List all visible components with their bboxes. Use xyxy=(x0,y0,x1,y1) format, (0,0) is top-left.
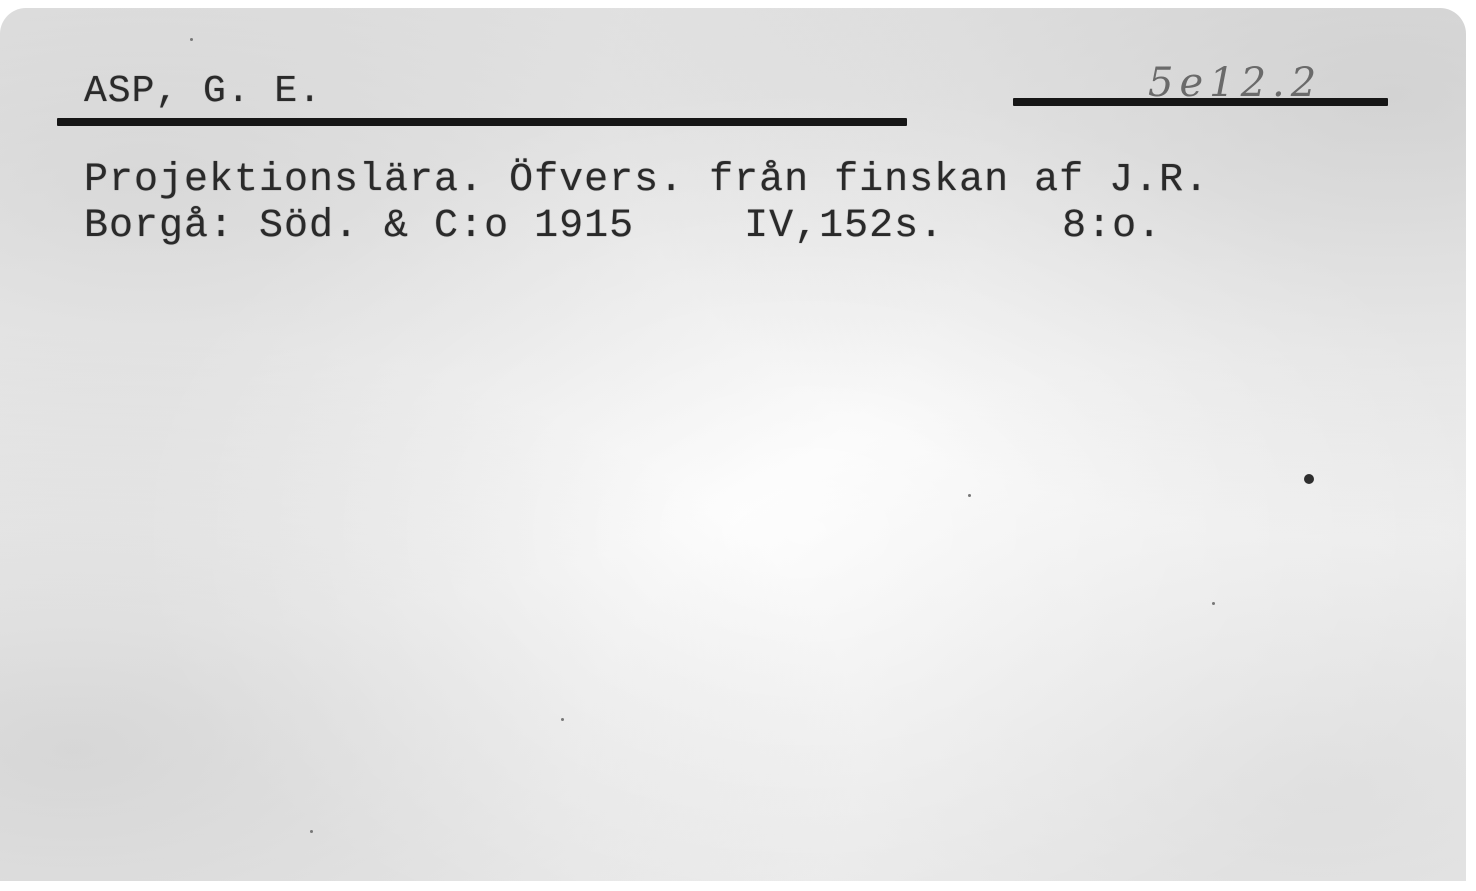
ink-speck xyxy=(561,718,564,721)
ink-speck xyxy=(1212,602,1215,605)
ink-speck xyxy=(310,830,313,833)
shelfmark-underline xyxy=(1013,98,1388,106)
ink-speck xyxy=(968,494,971,497)
ink-speck xyxy=(1304,474,1314,484)
imprint-line: Borgå: Söd. & C:o 1915IV,152s.8:o. xyxy=(84,204,1162,250)
imprint: Borgå: Söd. & C:o 1915 xyxy=(84,204,634,249)
title-translation-line: Projektionslära. Öfvers. från finskan af… xyxy=(84,158,1209,204)
ink-speck xyxy=(190,38,193,41)
pagination: IV,152s. xyxy=(744,204,944,249)
catalog-card: ASP, G. E. 5e12.2 Projektionslära. Öfver… xyxy=(0,8,1466,881)
author-underline xyxy=(57,118,907,126)
format: 8:o. xyxy=(1062,204,1162,249)
author-heading: ASP, G. E. xyxy=(84,70,322,114)
